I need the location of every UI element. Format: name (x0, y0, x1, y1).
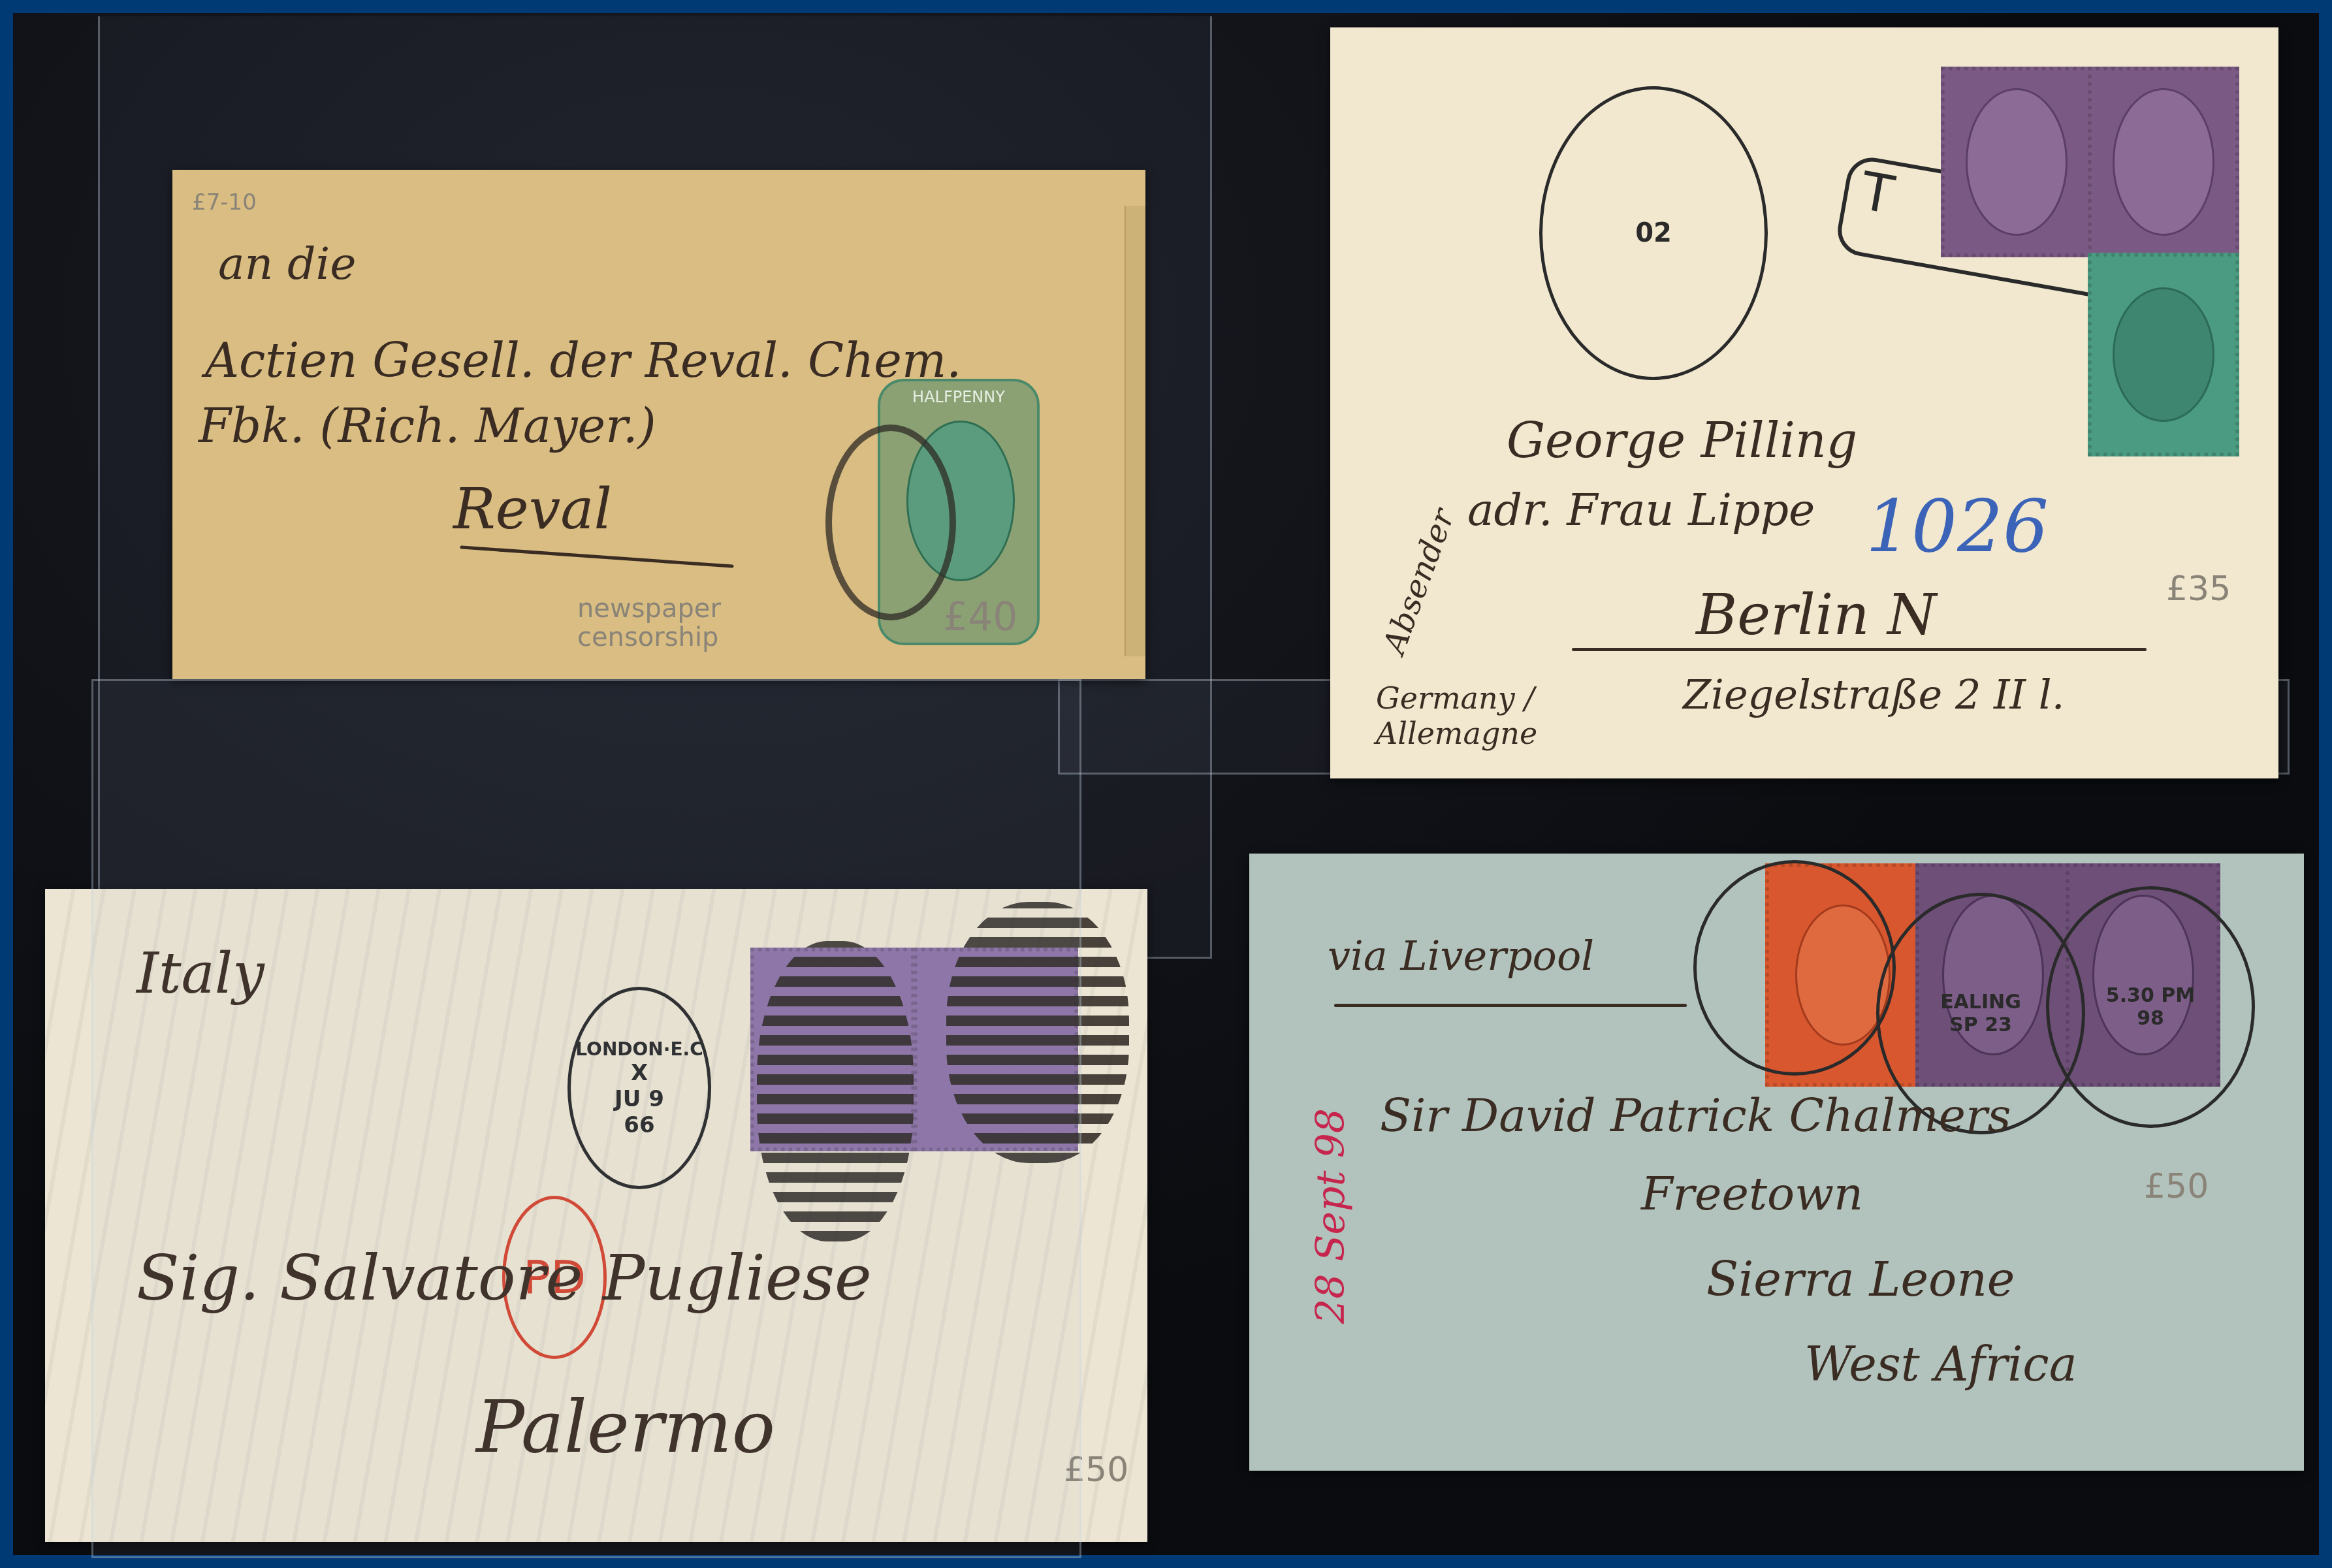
queen-portrait-icon (2113, 287, 2214, 422)
underline (460, 545, 733, 568)
postmark-time: 5.30 PM (2106, 984, 2195, 1007)
postmark-year: 02 (1635, 218, 1672, 248)
price-label: £35 (2166, 569, 2231, 609)
underline (1572, 648, 2147, 651)
queen-portrait-icon (1966, 88, 2068, 236)
postmark-year: 98 (2137, 1007, 2164, 1030)
address-line: Reval (453, 477, 612, 542)
vertical-note: Absender (1376, 504, 1462, 659)
pencil-note-top: £7-10 (192, 189, 257, 216)
address-line: Actien Gesell. der Reval. Chem. (205, 333, 961, 388)
address-line: Sir David Patrick Chalmers (1380, 1089, 2011, 1142)
pencil-note: newspaper censorship (577, 594, 760, 652)
ealing-postmark (1693, 860, 1896, 1076)
stamp-halfpenny (2088, 253, 2239, 456)
stamp-label: HALFPENNY (880, 388, 1037, 406)
cover-berlin-envelope: 02 T George Pilling adr. Frau Lippe 1026… (1330, 27, 2278, 778)
underline (1334, 1004, 1687, 1007)
address-line: George Pilling (1507, 413, 1857, 469)
address-line: Freetown (1641, 1167, 1863, 1221)
address-line: an die (218, 238, 356, 290)
address-line: Ziegelstraße 2 II l. (1683, 671, 2064, 718)
cancel-oval (825, 424, 956, 620)
address-line: Berlin N (1696, 583, 1936, 648)
address-line: adr. Frau Lippe (1467, 485, 1815, 536)
stamp-one-penny (1941, 67, 2092, 257)
postmark-town: EALING (1940, 991, 2021, 1014)
sleeve-bottom-left (91, 679, 1081, 1558)
red-date-note: 28 Sept 98 (1308, 1108, 1354, 1324)
address-line: Fbk. (Rich. Mayer.) (199, 398, 656, 453)
address-line: via Liverpool (1328, 932, 1594, 980)
address-line: West Africa (1804, 1337, 2077, 1392)
postmark: 02 (1539, 86, 1768, 380)
address-line: Sierra Leone (1706, 1252, 2015, 1307)
stamp-one-penny (2088, 67, 2239, 257)
ealing-postmark: 5.30 PM 98 (2046, 886, 2255, 1128)
side-note: Germany / Allemagne (1376, 680, 1572, 751)
postmark-date: SP 23 (1949, 1014, 2012, 1036)
price-label: £50 (2144, 1167, 2209, 1206)
cover-newspaper-wrapper: £7-10 an die Actien Gesell. der Reval. C… (172, 170, 1145, 679)
cover-sierra-leone-envelope: via Liverpool EALING SP 23 5.30 PM 98 28… (1249, 854, 2304, 1471)
queen-portrait-icon (2113, 88, 2214, 236)
blue-crayon-number: 1026 (1866, 485, 2049, 568)
price-label: £40 (943, 594, 1018, 640)
